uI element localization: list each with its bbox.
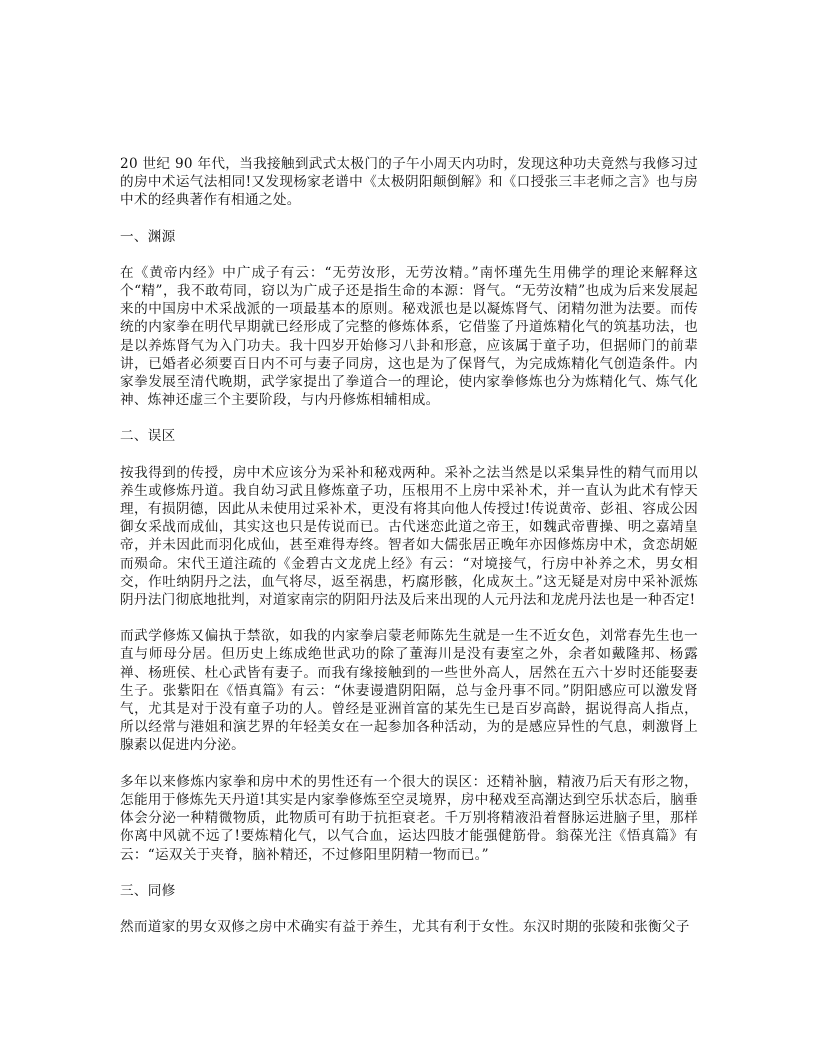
paragraph-origins: 在《黄帝内经》中广成子有云：“无劳汝形，无劳汝精。”南怀瑾先生用佛学的理论来解释… xyxy=(120,264,698,410)
paragraph-co-cultivation: 然而道家的男女双修之房中术确实有益于养生，尤其有利于女性。东汉时期的张陵和张衡父… xyxy=(120,918,698,936)
section-heading-misconceptions: 二、误区 xyxy=(120,427,698,445)
document-page: 20 世纪 90 年代，当我接触到武式太极门的子午小周天内功时，发现这种功夫竟然… xyxy=(120,155,698,954)
paragraph-misconceptions-3: 多年以来修炼内家拳和房中术的男性还有一个很大的误区：还精补脑，精液乃后天有形之物… xyxy=(120,773,698,864)
section-heading-co-cultivation: 三、同修 xyxy=(120,882,698,900)
section-heading-origins: 一、渊源 xyxy=(120,228,698,246)
paragraph-misconceptions-2: 而武学修炼又偏执于禁欲，如我的内家拳启蒙老师陈先生就是一生不近女色，刘常春先生也… xyxy=(120,627,698,754)
paragraph-misconceptions-1: 按我得到的传授，房中术应该分为采补和秘戏两种。采补之法当然是以采集异性的精气而用… xyxy=(120,464,698,610)
paragraph-intro: 20 世纪 90 年代，当我接触到武式太极门的子午小周天内功时，发现这种功夫竟然… xyxy=(120,155,698,210)
